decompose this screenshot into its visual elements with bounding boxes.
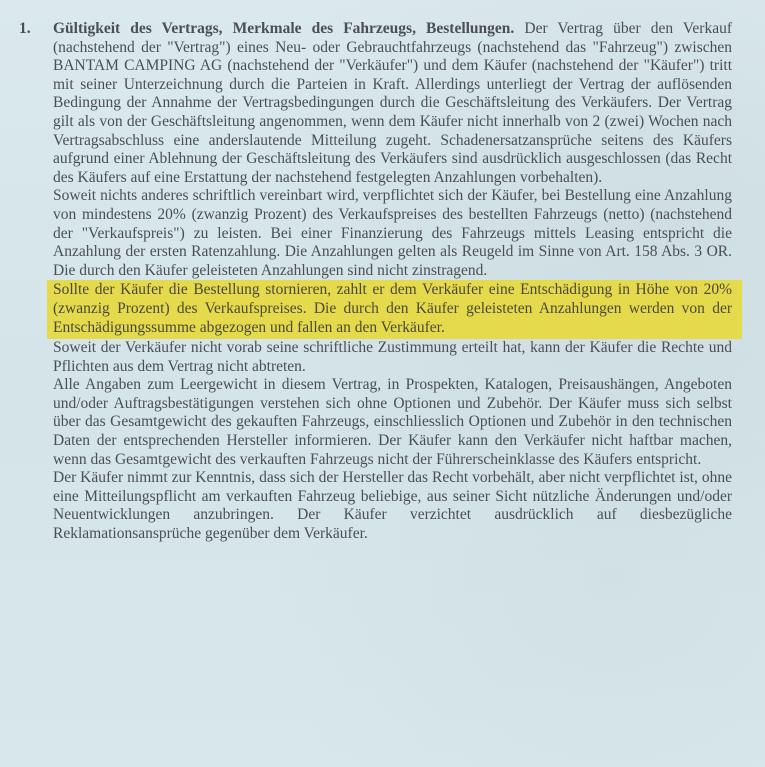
section-heading: Gültigkeit des Vertrags, Merkmale des Fa…	[53, 20, 514, 37]
paragraph-validity: Gültigkeit des Vertrags, Merkmale des Fa…	[53, 20, 732, 187]
highlighted-paragraph-cancellation: Sollte der Käufer die Bestellung stornie…	[47, 280, 742, 339]
section-body: Gültigkeit des Vertrags, Merkmale des Fa…	[53, 20, 732, 544]
section-number: 1.	[19, 20, 31, 39]
paragraph-text: Der Vertrag über den Verkauf (nachstehen…	[53, 20, 732, 186]
paragraph-assignment: Soweit der Verkäufer nicht vorab seine s…	[53, 339, 732, 376]
paragraph-empty-weight: Alle Angaben zum Leergewicht in diesem V…	[53, 376, 732, 469]
paragraph-manufacturer-changes: Der Käufer nimmt zur Kenntnis, dass sich…	[53, 469, 732, 543]
paragraph-down-payment: Soweit nichts anderes schriftlich verein…	[53, 187, 732, 280]
